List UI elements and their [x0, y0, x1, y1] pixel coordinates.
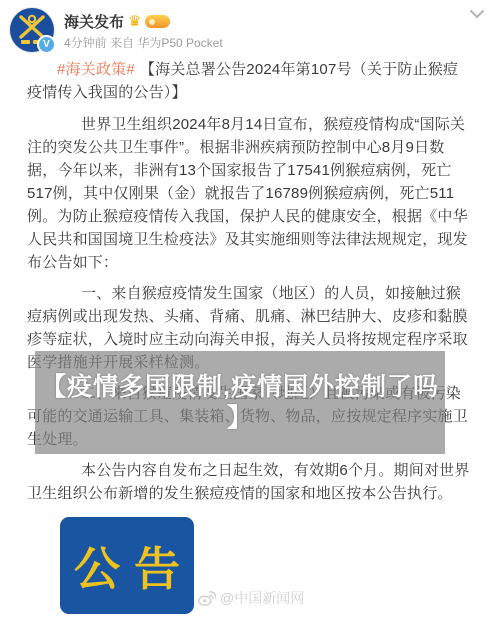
paragraph-intro: 世界卫生组织2024年8月14日宣布，猴痘疫情构成“国际关注的突发公共卫生事件”…	[27, 113, 473, 274]
announcement-stamp: 公告	[60, 517, 194, 614]
video-caption-overlay: 【疫情多国限制,疫情国外控制了吗 】	[35, 351, 445, 454]
weibo-logo-icon	[198, 591, 216, 606]
hashtag-link[interactable]: #海关政策#	[57, 61, 135, 78]
post-meta-time-source: 4分钟前 来自 华为P50 Pocket	[64, 34, 223, 51]
account-name[interactable]: 海关发布	[64, 11, 124, 32]
watermark-text: @中国新闻网	[220, 588, 304, 608]
avatar[interactable]: V	[10, 8, 54, 52]
caption-line-2: 】	[227, 403, 253, 434]
paragraph-item-2-wrap: 二、来自猴痘疫情发生国家（地区）且被污染或有被污染可能的交通运输工具、集装箱、货…	[27, 382, 473, 451]
weibo-post-card: V 海关发布 ♛ 4分钟前 来自 华为P50 Pocket #海关政策#【海关总…	[0, 0, 500, 618]
paragraph-effective: 本公告内容自发布之日起生效，有效期6个月。期间对世界卫生组织公布新增的发生猴痘疫…	[27, 459, 473, 505]
post-title-line: #海关政策#【海关总署公告2024年第107号（关于防止猴痘疫情传入我国的公告）…	[27, 58, 473, 104]
attached-image[interactable]: 公告 @中国新闻网	[0, 508, 500, 618]
caption-line-1: 【疫情多国限制,疫情国外控制了吗	[41, 372, 439, 403]
verified-badge-icon: V	[37, 35, 56, 54]
crown-icon: ♛	[128, 14, 141, 29]
vip-level-badge-icon	[145, 15, 170, 28]
stamp-text: 公告	[74, 533, 194, 599]
watermark: @中国新闻网	[198, 588, 304, 608]
chevron-down-icon[interactable]	[469, 8, 485, 20]
